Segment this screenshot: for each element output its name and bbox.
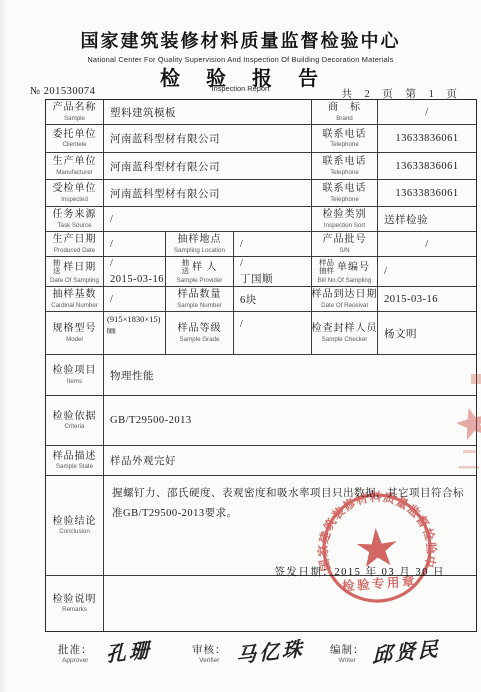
value-task-source: / [104, 207, 312, 232]
inspection-report-page: 国家建筑装修材料质量监督检验中心 National Center For Qua… [0, 0, 481, 692]
field-clientele: 委托单位 Clientele [46, 125, 104, 153]
value-sampling-bill-no: / [378, 257, 476, 287]
field-sample-number: 样品数量 Sample Number [166, 287, 234, 312]
writer-label: 编制： Writer [330, 642, 365, 664]
field-clientele-phone: 联系电话 Telephone [312, 125, 378, 153]
field-inspected-unit: 受检单位 Inspected [46, 180, 104, 207]
partial-stamp-fragment [457, 366, 481, 486]
verifier-label: 审核： Verifier [192, 642, 227, 664]
field-items: 检验项目 Items [46, 355, 104, 396]
field-sample-grade: 样品等级 Sample Grade [166, 312, 234, 355]
value-brand: / [378, 100, 476, 125]
field-sampling-date: 抽 送 样日期 Date Of Sampling [46, 257, 104, 287]
field-receival-date: 样品到达日期 Date Of Receival [312, 287, 378, 312]
value-sample-name: 塑料建筑模板 [104, 100, 312, 125]
value-items: 物理性能 [104, 355, 476, 396]
star-icon [457, 374, 481, 469]
field-sample-provider: 抽 送 样 人 Sample Provider [166, 257, 234, 287]
value-model: (915×1830×15)㎜ [104, 312, 166, 355]
field-batch-number: 产品批号 S/N [312, 232, 378, 257]
report-number: № 201530074 [30, 86, 95, 97]
field-manufacturer: 生产单位 Manufacturer [46, 153, 104, 180]
value-sampling-date: / 2015-03-16 [104, 257, 166, 287]
field-produced-date: 生产日期 Produced Date [46, 232, 104, 257]
value-inspected-phone: 13633836061 [378, 180, 476, 207]
value-inspection-sort: 送样检验 [378, 207, 476, 232]
field-conclusion: 检验结论 Conclusion [46, 476, 104, 576]
value-sample-number: 6块 [234, 287, 312, 312]
field-remarks: 检验说明 Remarks [46, 576, 104, 631]
value-clientele-phone: 13633836061 [378, 125, 476, 153]
value-inspected-unit: 河南蓝科型材有限公司 [104, 180, 312, 207]
writer-signature: 邱贤民 [372, 632, 441, 668]
field-cardinal-number: 抽样基数 Cardinal Number [46, 287, 104, 312]
value-sample-checker: 杨文明 [378, 312, 476, 355]
approver-label: 批准： Approver [58, 642, 93, 664]
approver-signature: 孔珊 [106, 634, 152, 668]
value-sample-provider: / 丁国顺 [234, 257, 312, 287]
verifier-signature: 马亿珠 [236, 632, 305, 668]
value-receival-date: 2015-03-16 [378, 287, 476, 312]
value-cardinal-number: / [104, 287, 166, 312]
field-brand: 商 标 Brand [312, 100, 378, 125]
field-model: 规格型号 Model [46, 312, 104, 355]
value-batch-number: / [378, 232, 476, 257]
field-sample-checker: 检查封样人员 Sample Checker [312, 312, 378, 355]
value-manufacturer-phone: 13633836061 [378, 153, 476, 180]
field-inspected-phone: 联系电话 Telephone [312, 180, 378, 207]
signature-row: 批准： Approver 孔珊 审核： Verifier 马亿珠 编制： Wri… [0, 638, 481, 688]
field-task-source: 任务来源 Task Source [46, 207, 104, 232]
field-manufacturer-phone: 联系电话 Telephone [312, 153, 378, 180]
value-criteria: GB/T29500-2013 [104, 396, 476, 446]
value-sampling-location: / [234, 232, 312, 257]
value-sample-grade: / [234, 312, 312, 355]
field-sample-name: 产品名称 Sample [46, 100, 104, 125]
star-icon [356, 527, 399, 568]
value-clientele: 河南蓝科型材有限公司 [104, 125, 312, 153]
org-name-cn: 国家建筑装修材料质量监督检验中心 [0, 27, 481, 53]
value-manufacturer: 河南蓝科型材有限公司 [104, 153, 312, 180]
inspection-seal-stamp: 国家建筑装修材料质量监督检验中心 检验专用章 [313, 484, 441, 612]
value-produced-date: / [104, 232, 166, 257]
field-sample-state: 样品描述 Sample State [46, 446, 104, 476]
value-sample-state: 样品外观完好 [104, 446, 476, 476]
field-sampling-bill-no: 样品 抽样 单编号 Bill No.Of Sampling [312, 257, 378, 287]
field-inspection-sort: 检验类别 Inspection Sort [312, 207, 378, 232]
field-sampling-location: 抽样地点 Sampling Location [166, 232, 234, 257]
field-criteria: 检验依据 Criteria [46, 396, 104, 446]
